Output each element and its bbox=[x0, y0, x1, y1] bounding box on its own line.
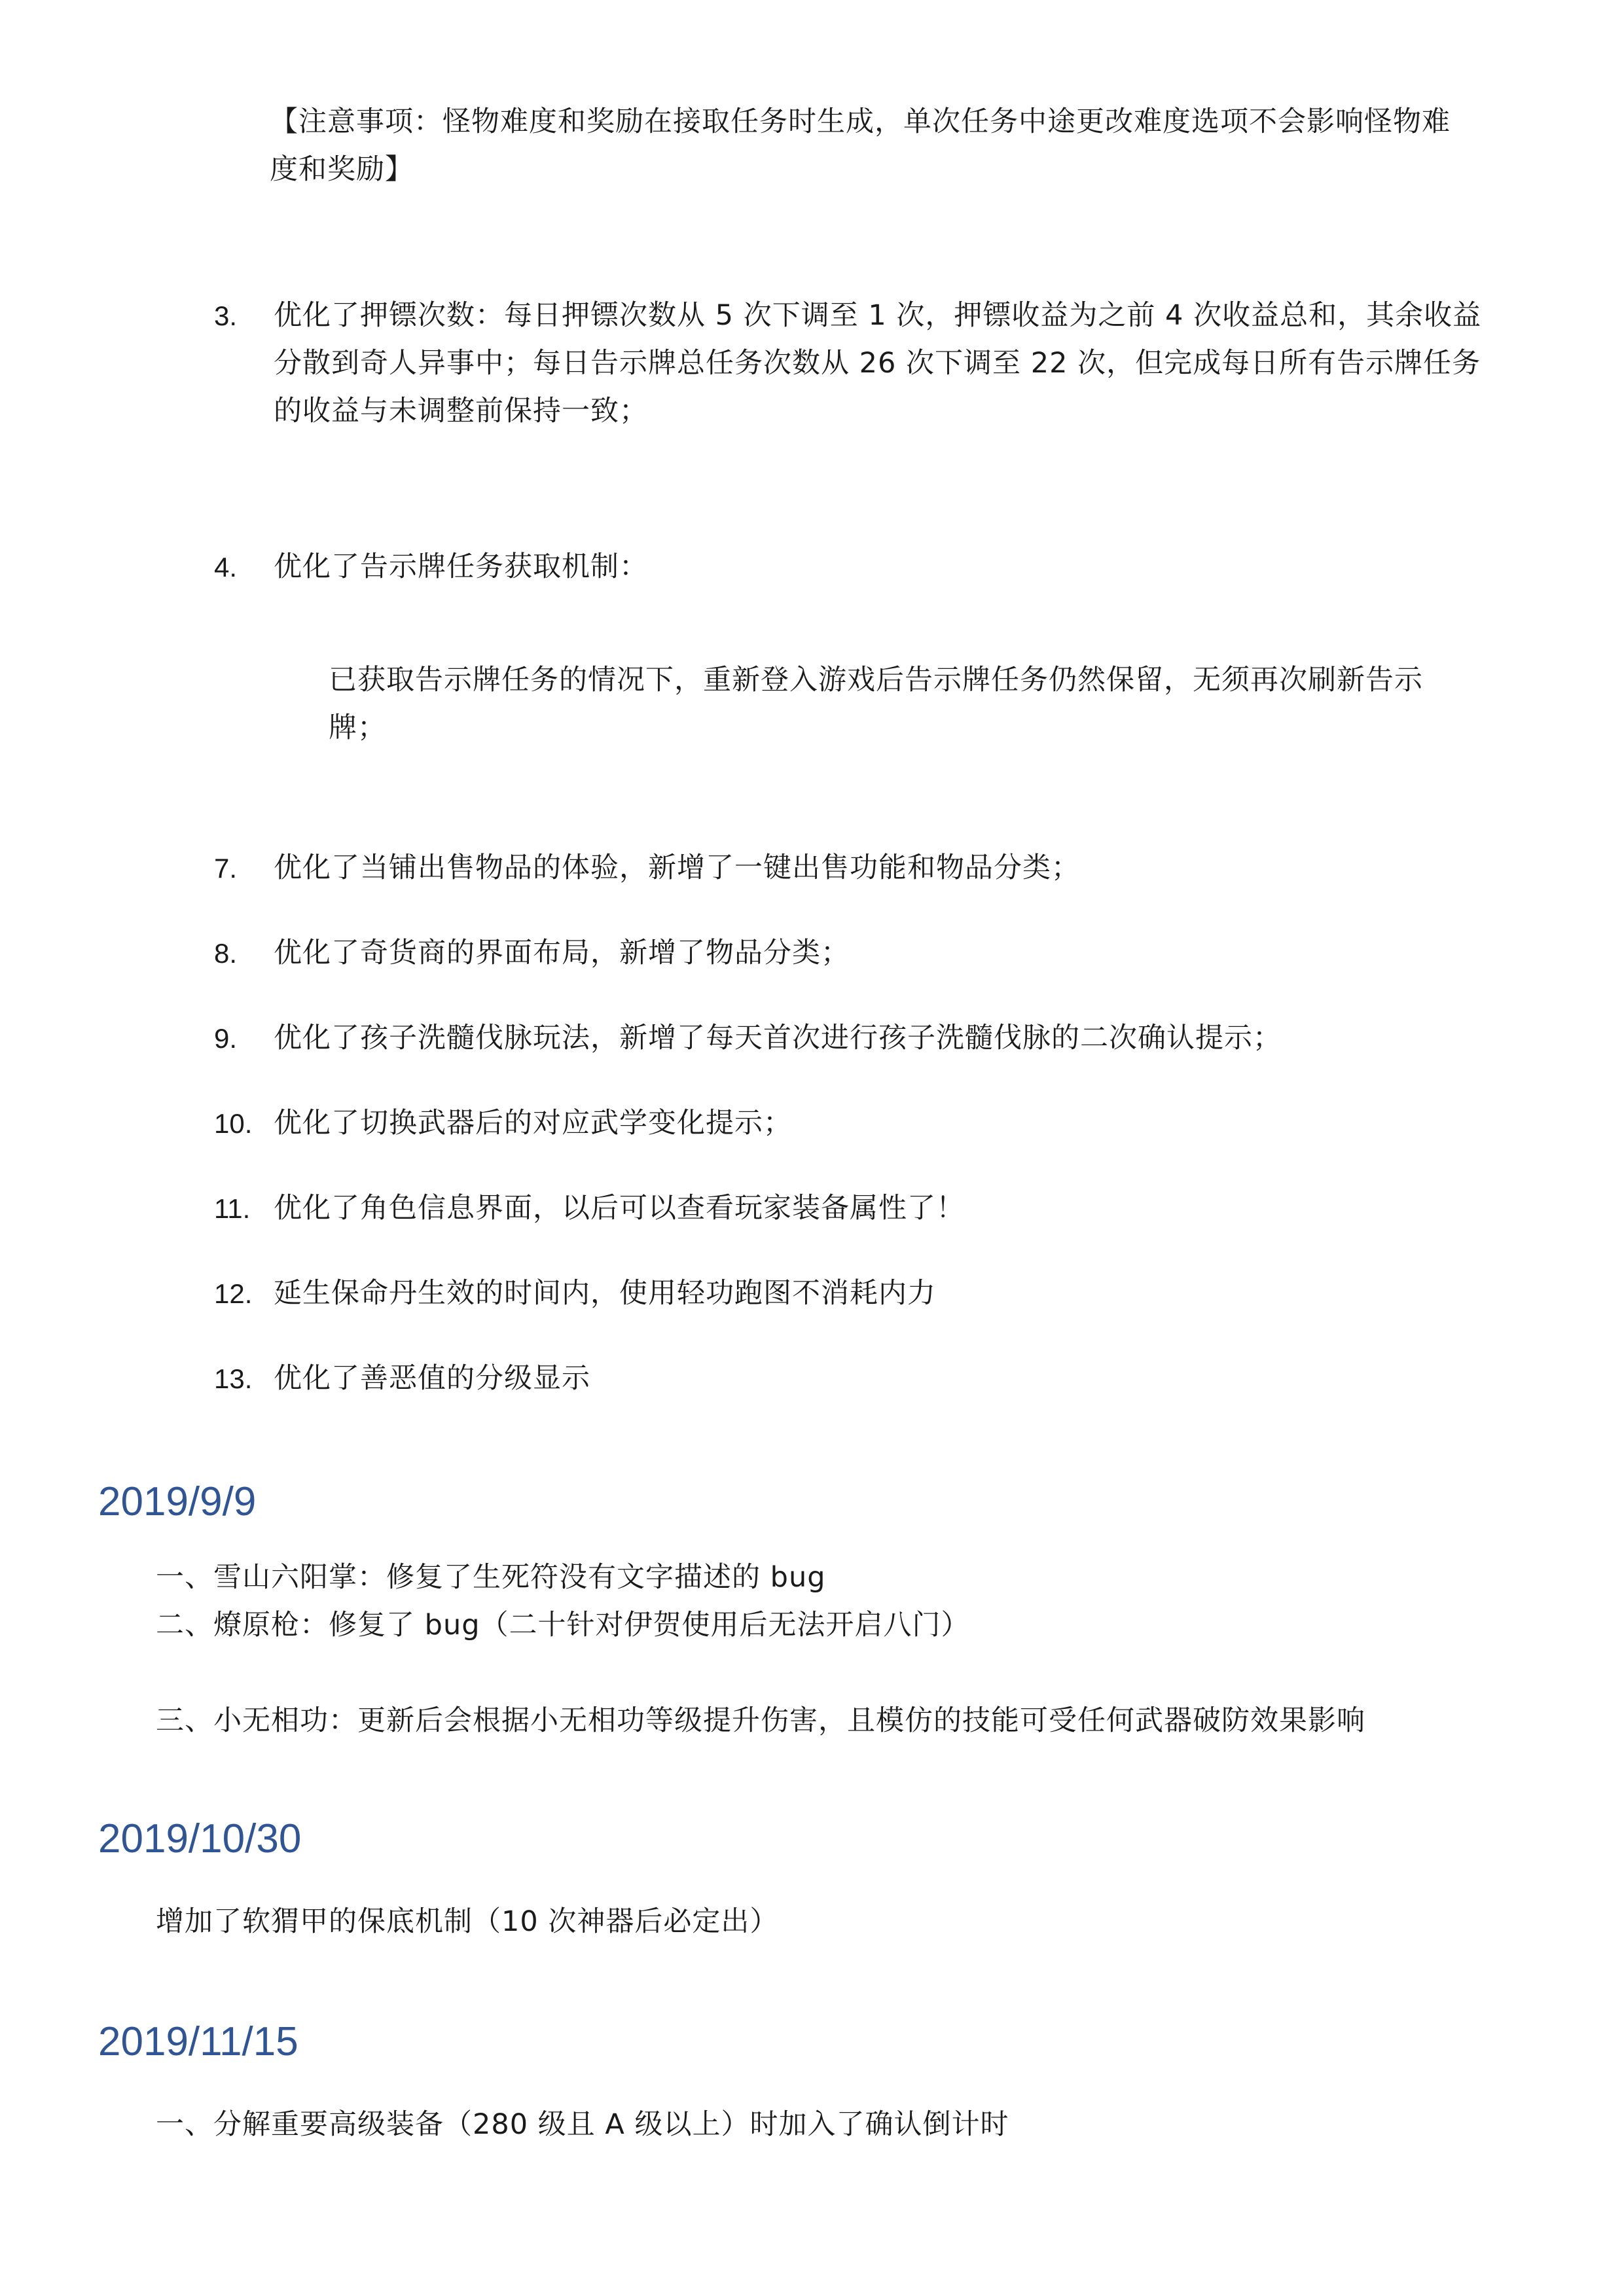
list-item-text: 优化了奇货商的界面布局，新增了物品分类； bbox=[274, 929, 850, 977]
list-number: 8. bbox=[214, 929, 237, 977]
list-item-text: 优化了角色信息界面，以后可以查看玩家装备属性了！ bbox=[274, 1185, 965, 1232]
section-item: 一、雪山六阳掌：修复了生死符没有文字描述的 bug bbox=[156, 1554, 826, 1602]
note-line-1: 【注意事项：怪物难度和奖励在接取任务时生成，单次任务中途更改难度选项不会影响怪物… bbox=[270, 98, 1451, 146]
item4-detail-line-2: 牌； bbox=[329, 704, 386, 752]
list-item-text: 优化了善恶值的分级显示 bbox=[274, 1355, 590, 1403]
list-item-text: 优化了当铺出售物品的体验，新增了一键出售功能和物品分类； bbox=[274, 844, 1080, 892]
list-number: 3. bbox=[214, 292, 237, 340]
list-number: 13. bbox=[214, 1355, 252, 1403]
list-item-text: 优化了押镖次数：每日押镖次数从 5 次下调至 1 次，押镖收益为之前 4 次收益… bbox=[274, 292, 1481, 340]
list-number: 4. bbox=[214, 543, 237, 591]
list-item-text: 延生保命丹生效的时间内，使用轻功跑图不消耗内力 bbox=[274, 1270, 936, 1318]
section-item: 三、小无相功：更新后会根据小无相功等级提升伤害，且模仿的技能可受任何武器破防效果… bbox=[156, 1697, 1365, 1745]
section-heading: 2019/11/15 bbox=[98, 2016, 298, 2068]
list-number: 11. bbox=[214, 1185, 250, 1232]
list-number: 10. bbox=[214, 1100, 252, 1147]
section-heading: 2019/9/9 bbox=[98, 1476, 256, 1528]
list-item-text: 优化了孩子洗髓伐脉玩法，新增了每天首次进行孩子洗髓伐脉的二次确认提示； bbox=[274, 1014, 1282, 1062]
list-number: 12. bbox=[214, 1270, 252, 1318]
section-item: 增加了软猬甲的保底机制（10 次神器后必定出） bbox=[156, 1898, 778, 1946]
item4-detail-line-1: 已获取告示牌任务的情况下，重新登入游戏后告示牌任务仍然保留，无须再次刷新告示 bbox=[329, 656, 1423, 704]
section-item: 一、分解重要高级装备（280 级且 A 级以上）时加入了确认倒计时 bbox=[156, 2101, 1009, 2149]
note-line-2: 度和奖励】 bbox=[270, 146, 414, 194]
list-item-text: 分散到奇人异事中；每日告示牌总任务次数从 26 次下调至 22 次，但完成每日所… bbox=[274, 340, 1481, 387]
list-number: 7. bbox=[214, 844, 237, 892]
section-item: 二、燎原枪：修复了 bug（二十针对伊贺使用后无法开启八门） bbox=[156, 1602, 970, 1649]
list-item-text: 的收益与未调整前保持一致； bbox=[274, 387, 648, 435]
section-heading: 2019/10/30 bbox=[98, 1813, 301, 1865]
list-number: 9. bbox=[214, 1014, 237, 1062]
list-item-text: 优化了切换武器后的对应武学变化提示； bbox=[274, 1100, 792, 1147]
list-item-text: 优化了告示牌任务获取机制： bbox=[274, 543, 648, 591]
